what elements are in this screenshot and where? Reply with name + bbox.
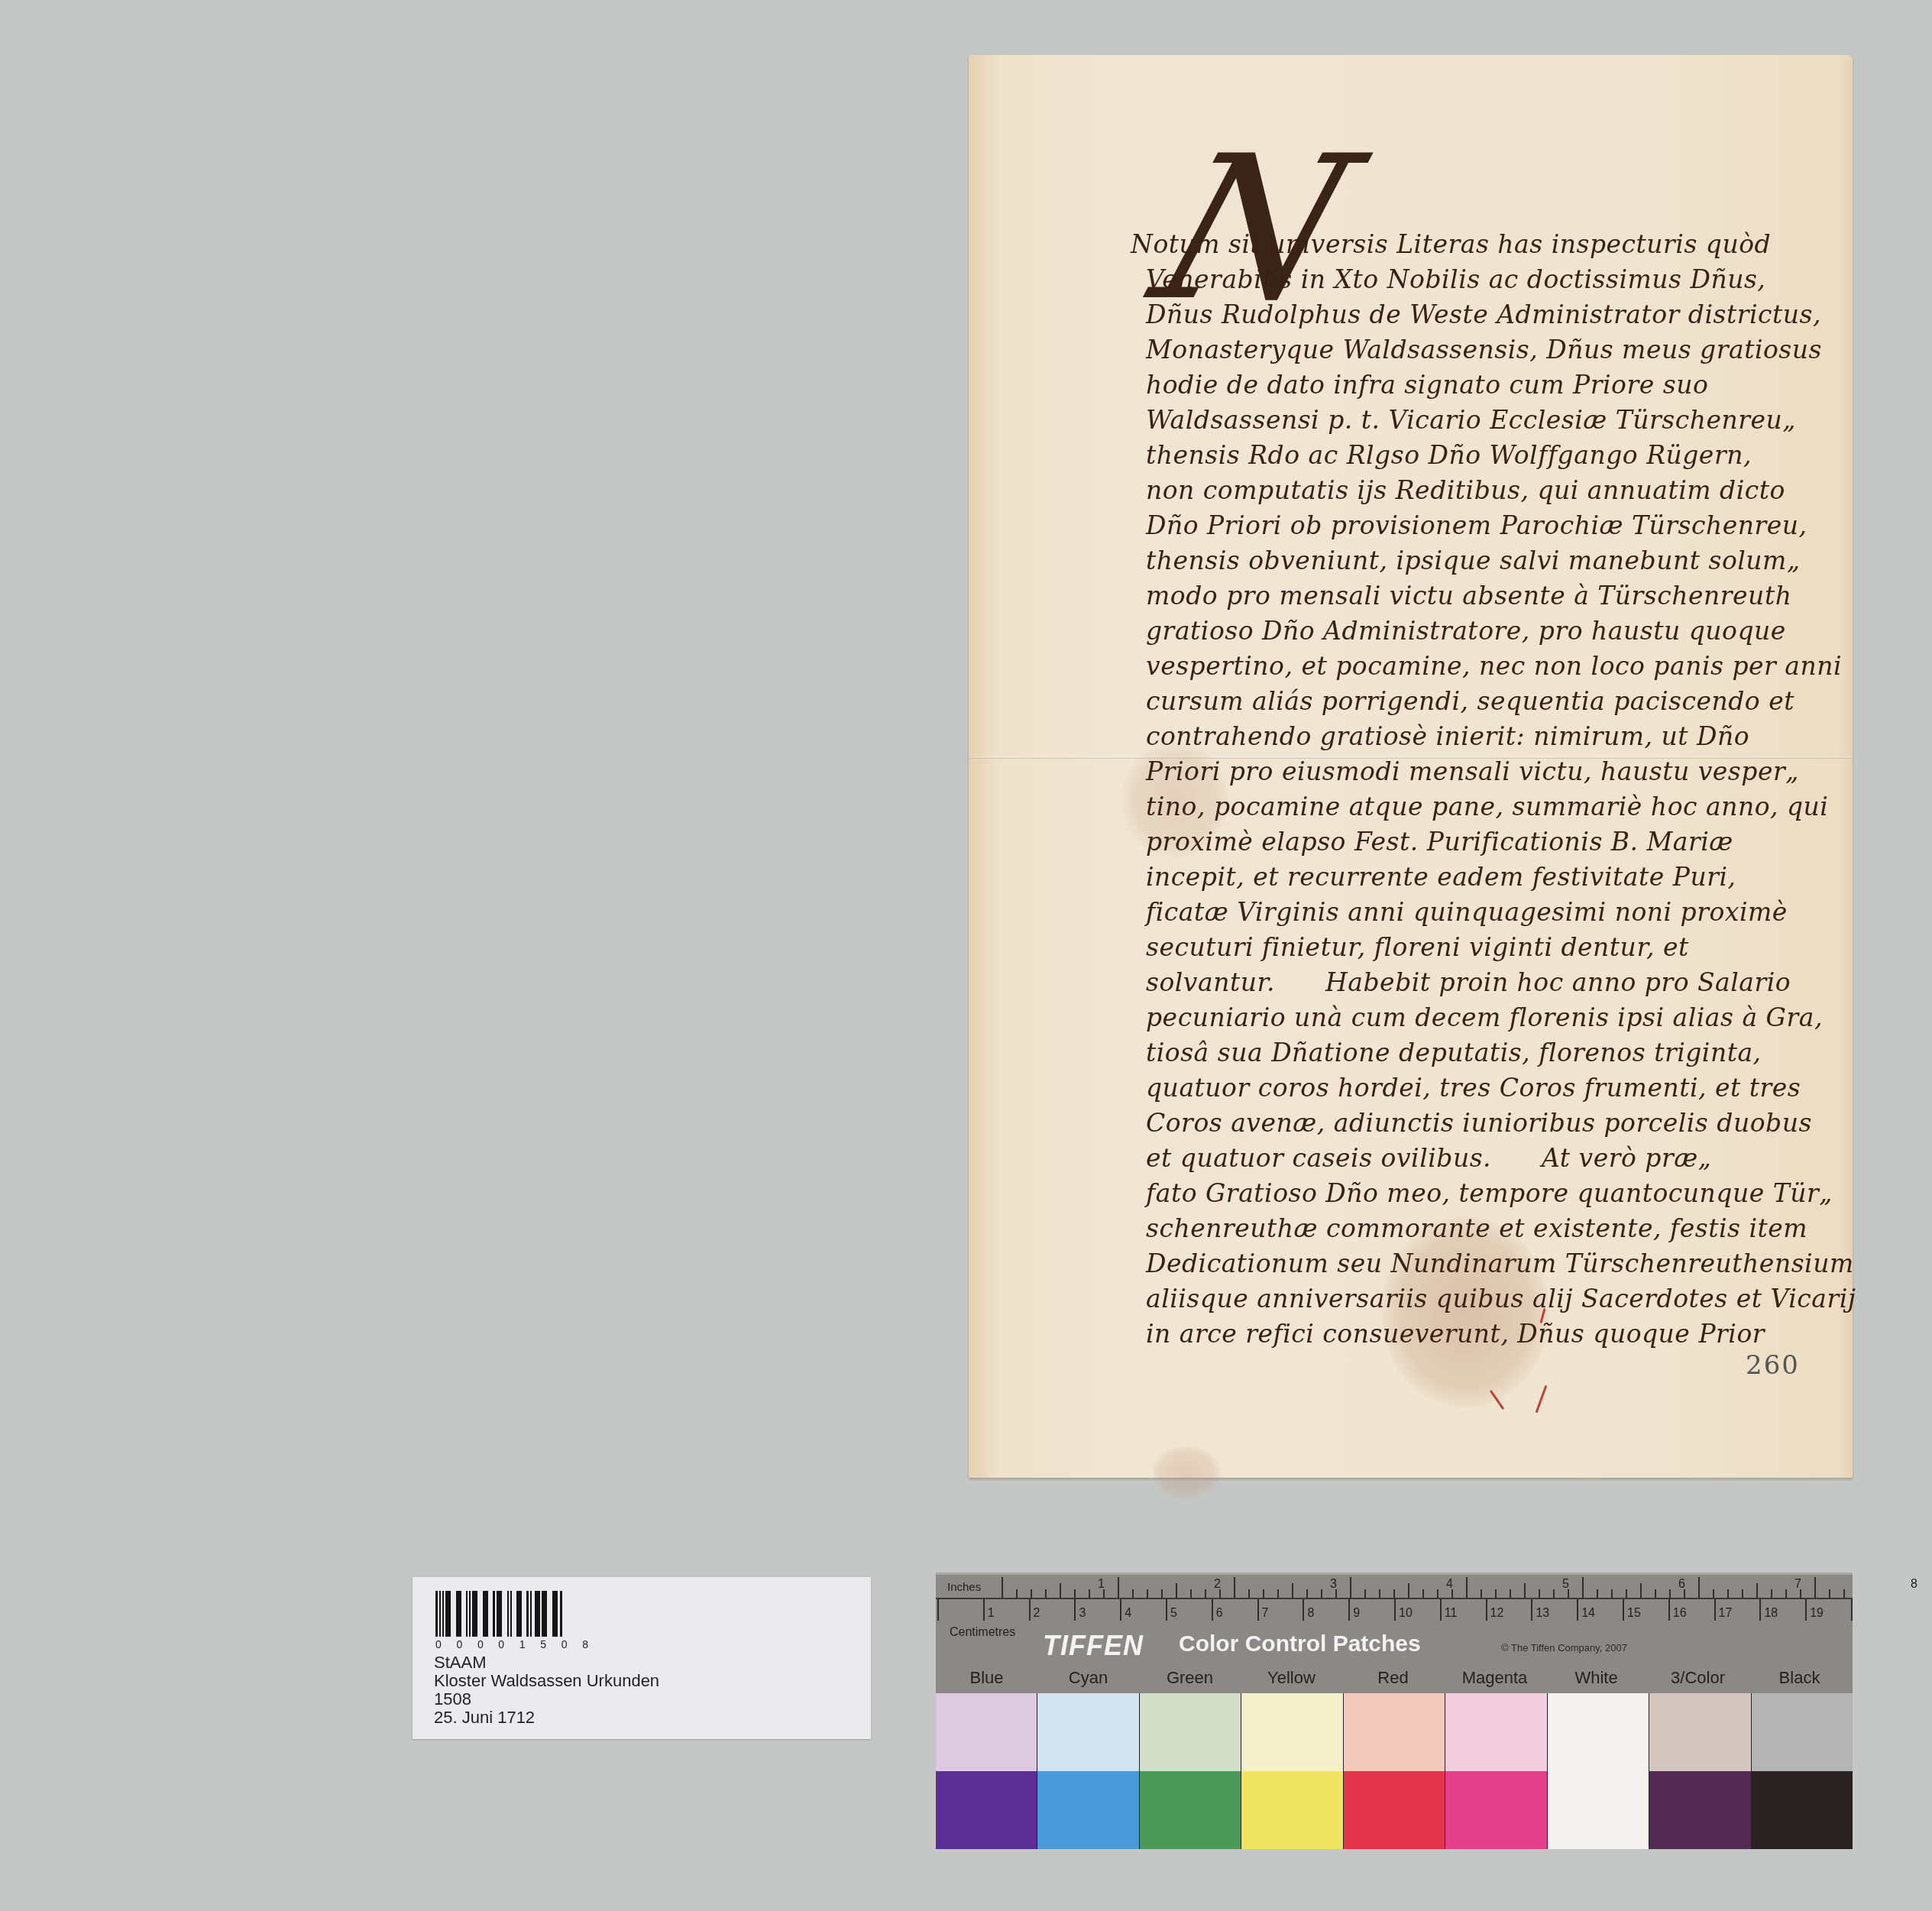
patch-saturated	[1140, 1771, 1241, 1849]
tiffen-logo: TIFFEN	[1043, 1630, 1144, 1662]
inch-mark-label: 3	[1330, 1578, 1337, 1592]
cm-tick	[1120, 1599, 1121, 1621]
cm-tick	[983, 1599, 985, 1621]
inch-tick	[1408, 1583, 1409, 1598]
patch-saturated	[1752, 1771, 1853, 1849]
manuscript-line: Priori pro eiusmodi mensali victu, haust…	[1146, 756, 1799, 786]
patch-saturated	[1548, 1771, 1649, 1849]
cm-mark-label: 14	[1581, 1607, 1595, 1621]
barcode-digit: 5	[540, 1638, 546, 1650]
inch-tick	[1364, 1589, 1366, 1598]
cm-tick	[1805, 1599, 1807, 1621]
inch-mark-label: 6	[1678, 1578, 1685, 1592]
manuscript-line: Monasteryque Waldsassensis, Dñus meus gr…	[1146, 335, 1822, 364]
patch-column-cyan	[1037, 1693, 1139, 1849]
manuscript-line: contrahendo gratiosè inierit: nimirum, u…	[1146, 721, 1749, 751]
barcode-number: 0 0 0 0 1 5 0 8	[435, 1638, 588, 1650]
inch-mark-label: 2	[1214, 1578, 1221, 1592]
copyright-text: © The Tiffen Company, 2007	[1501, 1642, 1627, 1654]
inch-tick	[1669, 1589, 1671, 1598]
cm-tick	[1166, 1599, 1167, 1621]
inch-tick	[1611, 1589, 1613, 1598]
patch-column-3color	[1649, 1693, 1751, 1849]
patch-saturated	[1649, 1771, 1750, 1849]
patch-saturated	[936, 1771, 1037, 1849]
inch-tick	[1524, 1583, 1526, 1598]
inch-tick	[1118, 1577, 1119, 1598]
patch-label-cyan: Cyan	[1037, 1668, 1139, 1688]
inch-tick	[1190, 1589, 1192, 1598]
inch-tick	[1814, 1577, 1816, 1598]
archive-label-card: 0 0 0 0 1 5 0 8 StAAM Kloster Waldsassen…	[413, 1577, 871, 1739]
manuscript-line: et quatuor caseis ovilibus. At verò præ„	[1146, 1143, 1711, 1173]
barcode	[435, 1591, 562, 1637]
manuscript-line: Waldsassensi p. t. Vicario Ecclesiæ Türs…	[1146, 405, 1796, 435]
edge-stain	[1152, 1446, 1221, 1499]
patch-light	[1649, 1693, 1750, 1771]
cm-tick	[1074, 1599, 1076, 1621]
inch-tick	[1379, 1589, 1380, 1598]
inch-tick	[1539, 1589, 1540, 1598]
inch-tick	[1031, 1589, 1032, 1598]
inch-mark-label: 8	[1911, 1578, 1917, 1592]
inch-tick	[1626, 1589, 1627, 1598]
patch-light	[1752, 1693, 1853, 1771]
cm-mark-label: 9	[1353, 1607, 1360, 1621]
inch-tick	[1074, 1589, 1076, 1598]
manuscript-line: Coros avenæ, adiunctis iunioribus porcel…	[1146, 1108, 1812, 1138]
cm-mark-label: 4	[1125, 1607, 1131, 1621]
patch-column-magenta	[1445, 1693, 1547, 1849]
inch-tick	[1785, 1589, 1787, 1598]
manuscript-line: cursum aliás porrigendi, sequentia pacis…	[1146, 686, 1794, 716]
inch-tick	[1466, 1577, 1468, 1598]
inch-tick	[1045, 1589, 1047, 1598]
patch-light	[1548, 1693, 1649, 1771]
cm-tick	[1759, 1599, 1761, 1621]
document-number: 1508	[434, 1690, 659, 1709]
barcode-digit: 0	[498, 1638, 504, 1650]
inch-tick	[1597, 1589, 1598, 1598]
inch-tick	[1263, 1589, 1264, 1598]
manuscript-line: Dedicationum seu Nundinarum Türschenreut…	[1146, 1249, 1854, 1278]
inch-tick	[1553, 1589, 1555, 1598]
inch-tick	[1422, 1589, 1424, 1598]
inch-tick	[1350, 1577, 1351, 1598]
cm-tick	[1714, 1599, 1716, 1621]
cm-mark-label: 5	[1170, 1607, 1177, 1621]
cm-mark-label: 10	[1399, 1607, 1413, 1621]
inch-tick	[1727, 1589, 1729, 1598]
manuscript-line: Dño Priori ob provisionem Parochiæ Türsc…	[1146, 510, 1807, 540]
manuscript-line: aliisque anniversariis quibus alij Sacer…	[1146, 1284, 1856, 1313]
cm-mark-label: 18	[1764, 1607, 1778, 1621]
cm-tick	[1623, 1599, 1624, 1621]
manuscript-line: gratioso Dño Administratore, pro haustu …	[1146, 616, 1786, 646]
barcode-digit: 0	[435, 1638, 442, 1650]
patch-saturated	[1344, 1771, 1445, 1849]
cm-mark-label: 3	[1079, 1607, 1086, 1621]
manuscript-line: vespertino, et pocamine, nec non loco pa…	[1146, 651, 1842, 681]
manuscript-line: tino, pocamine atque pane, summariè hoc …	[1146, 792, 1828, 821]
barcode-digit: 0	[456, 1638, 462, 1650]
cm-tick	[1348, 1599, 1350, 1621]
inch-tick	[1843, 1589, 1845, 1598]
patch-label-magenta: Magenta	[1444, 1668, 1545, 1688]
barcode-digit: 8	[582, 1638, 588, 1650]
manuscript-line: thensis Rdo ac Rlgso Dño Wolffgango Rüge…	[1146, 440, 1752, 470]
cm-tick	[1531, 1599, 1532, 1621]
manuscript-line: in arce refici consueverunt, Dñus quoque…	[1146, 1319, 1765, 1349]
cm-mark-label: 7	[1262, 1607, 1269, 1621]
patch-light	[1445, 1693, 1546, 1771]
inch-tick	[1742, 1589, 1743, 1598]
manuscript-line: incepit, et recurrente eadem festivitate…	[1146, 862, 1736, 892]
cm-mark-label: 16	[1673, 1607, 1687, 1621]
inch-tick	[1481, 1589, 1482, 1598]
inch-mark-label: 1	[1098, 1578, 1105, 1592]
cm-mark-label: 19	[1810, 1607, 1824, 1621]
patch-label-blue: Blue	[936, 1668, 1037, 1688]
cm-tick	[1394, 1599, 1396, 1621]
barcode-digit: 1	[519, 1638, 526, 1650]
manuscript-line: ficatæ Virginis anni quinquagesimi noni …	[1146, 897, 1788, 927]
manuscript-line: non computatis ijs Reditibus, qui annuat…	[1146, 475, 1785, 505]
folio-number: 260	[1746, 1350, 1800, 1381]
cm-mark-label: 11	[1445, 1607, 1458, 1621]
seal-cut-mark	[1536, 1385, 1548, 1414]
inch-tick	[1176, 1583, 1177, 1598]
inch-tick	[1771, 1589, 1772, 1598]
cm-tick	[1303, 1599, 1304, 1621]
cm-tick	[1668, 1599, 1670, 1621]
inch-tick	[1089, 1589, 1090, 1598]
patch-saturated	[1241, 1771, 1342, 1849]
barcode-digit: 0	[477, 1638, 484, 1650]
inch-tick	[1205, 1589, 1206, 1598]
inch-tick	[1060, 1583, 1061, 1598]
color-control-chart: Inches 12345678 123456789101112131415161…	[936, 1573, 1853, 1849]
cm-mark-label: 1	[988, 1607, 995, 1621]
patch-label-red: Red	[1342, 1668, 1444, 1688]
inch-tick	[1393, 1589, 1395, 1598]
inch-tick	[1495, 1589, 1497, 1598]
patch-column-blue	[936, 1693, 1037, 1849]
cm-mark-label: 2	[1034, 1607, 1040, 1621]
inch-tick	[1756, 1583, 1758, 1598]
inch-tick	[1234, 1577, 1235, 1598]
patch-saturated	[1445, 1771, 1546, 1849]
patch-label-white: White	[1545, 1668, 1647, 1688]
patch-column-red	[1344, 1693, 1445, 1849]
cm-mark-label: 12	[1490, 1607, 1504, 1621]
manuscript-line: modo pro mensali victu absente à Türsche…	[1146, 581, 1791, 611]
patch-light	[1140, 1693, 1241, 1771]
inch-tick	[1640, 1583, 1642, 1598]
inch-mark-label: 5	[1562, 1578, 1569, 1592]
centimetres-label: Centimetres	[950, 1626, 1015, 1640]
inches-label: Inches	[947, 1581, 981, 1594]
cm-mark-label: 6	[1216, 1607, 1223, 1621]
inch-tick	[1002, 1577, 1003, 1598]
collection-name: Kloster Waldsassen Urkunden	[434, 1672, 659, 1690]
patch-light	[1037, 1693, 1138, 1771]
archive-name: StAAM	[434, 1654, 659, 1672]
cm-tick	[1212, 1599, 1213, 1621]
barcode-digit: 0	[561, 1638, 568, 1650]
manuscript-line: tiosâ sua Dñatione deputatis, florenos t…	[1146, 1038, 1762, 1067]
label-text-block: StAAM Kloster Waldsassen Urkunden 1508 2…	[434, 1654, 659, 1727]
manuscript-line: Venerabilis in Xto Nobilis ac doctissimu…	[1146, 264, 1765, 294]
manuscript-line: schenreuthæ commorante et existente, fes…	[1146, 1213, 1807, 1243]
manuscript-line: secuturi finietur, floreni viginti dentu…	[1146, 932, 1689, 962]
inch-tick	[1277, 1589, 1279, 1598]
patch-label-green: Green	[1139, 1668, 1241, 1688]
inch-mark-label: 7	[1794, 1578, 1801, 1592]
chart-title: Color Control Patches	[1179, 1631, 1421, 1657]
manuscript-line: solvantur. Habebit proin hoc anno pro Sa…	[1146, 967, 1791, 997]
inch-tick	[1321, 1589, 1322, 1598]
patch-light	[936, 1693, 1037, 1771]
manuscript-line: thensis obveniunt, ipsique salvi manebun…	[1146, 546, 1800, 575]
cm-tick	[1577, 1599, 1578, 1621]
cm-mark-label: 8	[1307, 1607, 1314, 1621]
manuscript-line: Dñus Rudolphus de Weste Administrator di…	[1146, 300, 1821, 329]
patch-column-black	[1752, 1693, 1853, 1849]
inch-tick	[1437, 1589, 1438, 1598]
inch-tick	[1829, 1589, 1830, 1598]
manuscript-line: pecuniario unà cum decem florenis ipsi a…	[1146, 1002, 1823, 1032]
patch-light	[1344, 1693, 1445, 1771]
inch-tick	[1161, 1589, 1163, 1598]
inch-tick	[1510, 1589, 1511, 1598]
manuscript-line: fato Gratioso Dño meo, tempore quantocun…	[1146, 1178, 1833, 1208]
manuscript-line: quatuor coros hordei, tres Coros frument…	[1146, 1073, 1801, 1103]
document-date: 25. Juni 1712	[434, 1709, 659, 1727]
inch-tick	[1655, 1589, 1656, 1598]
inch-tick	[1713, 1589, 1714, 1598]
patch-column-yellow	[1241, 1693, 1343, 1849]
manuscript-line: hodie de dato infra signato cum Priore s…	[1146, 370, 1708, 400]
inch-tick	[1016, 1589, 1018, 1598]
chart-header: Inches 12345678 123456789101112131415161…	[936, 1573, 1853, 1696]
cm-mark-label: 17	[1719, 1607, 1733, 1621]
manuscript-line: proximè elapso Fest. Purificationis B. M…	[1146, 827, 1733, 857]
cm-mark-label: 15	[1627, 1607, 1641, 1621]
cm-tick	[1029, 1599, 1031, 1621]
patch-column-green	[1140, 1693, 1241, 1849]
inch-tick	[1292, 1583, 1293, 1598]
inch-tick	[1698, 1577, 1700, 1598]
patch-column-white	[1548, 1693, 1649, 1849]
patch-saturated	[1037, 1771, 1138, 1849]
patch-names-row: Blue Cyan Green Yellow Red Magenta White…	[936, 1665, 1853, 1691]
cm-tick	[1440, 1599, 1442, 1621]
cm-tick	[1257, 1599, 1259, 1621]
patch-light	[1241, 1693, 1342, 1771]
inch-tick	[1306, 1589, 1308, 1598]
manuscript-line: Notum sit universis Literas has inspectu…	[1131, 229, 1771, 259]
inch-mark-label: 4	[1446, 1578, 1453, 1592]
patch-label-3color: 3/Color	[1647, 1668, 1749, 1688]
inch-tick	[1147, 1589, 1148, 1598]
cm-tick	[1486, 1599, 1487, 1621]
cm-mark-label: 13	[1536, 1607, 1549, 1621]
cm-tick	[1851, 1599, 1853, 1621]
inch-tick	[1582, 1577, 1584, 1598]
color-patches	[936, 1693, 1853, 1849]
patch-label-yellow: Yellow	[1241, 1668, 1342, 1688]
cm-tick	[937, 1599, 939, 1621]
inch-tick	[1132, 1589, 1134, 1598]
inch-tick	[1248, 1589, 1250, 1598]
patch-label-black: Black	[1749, 1668, 1850, 1688]
